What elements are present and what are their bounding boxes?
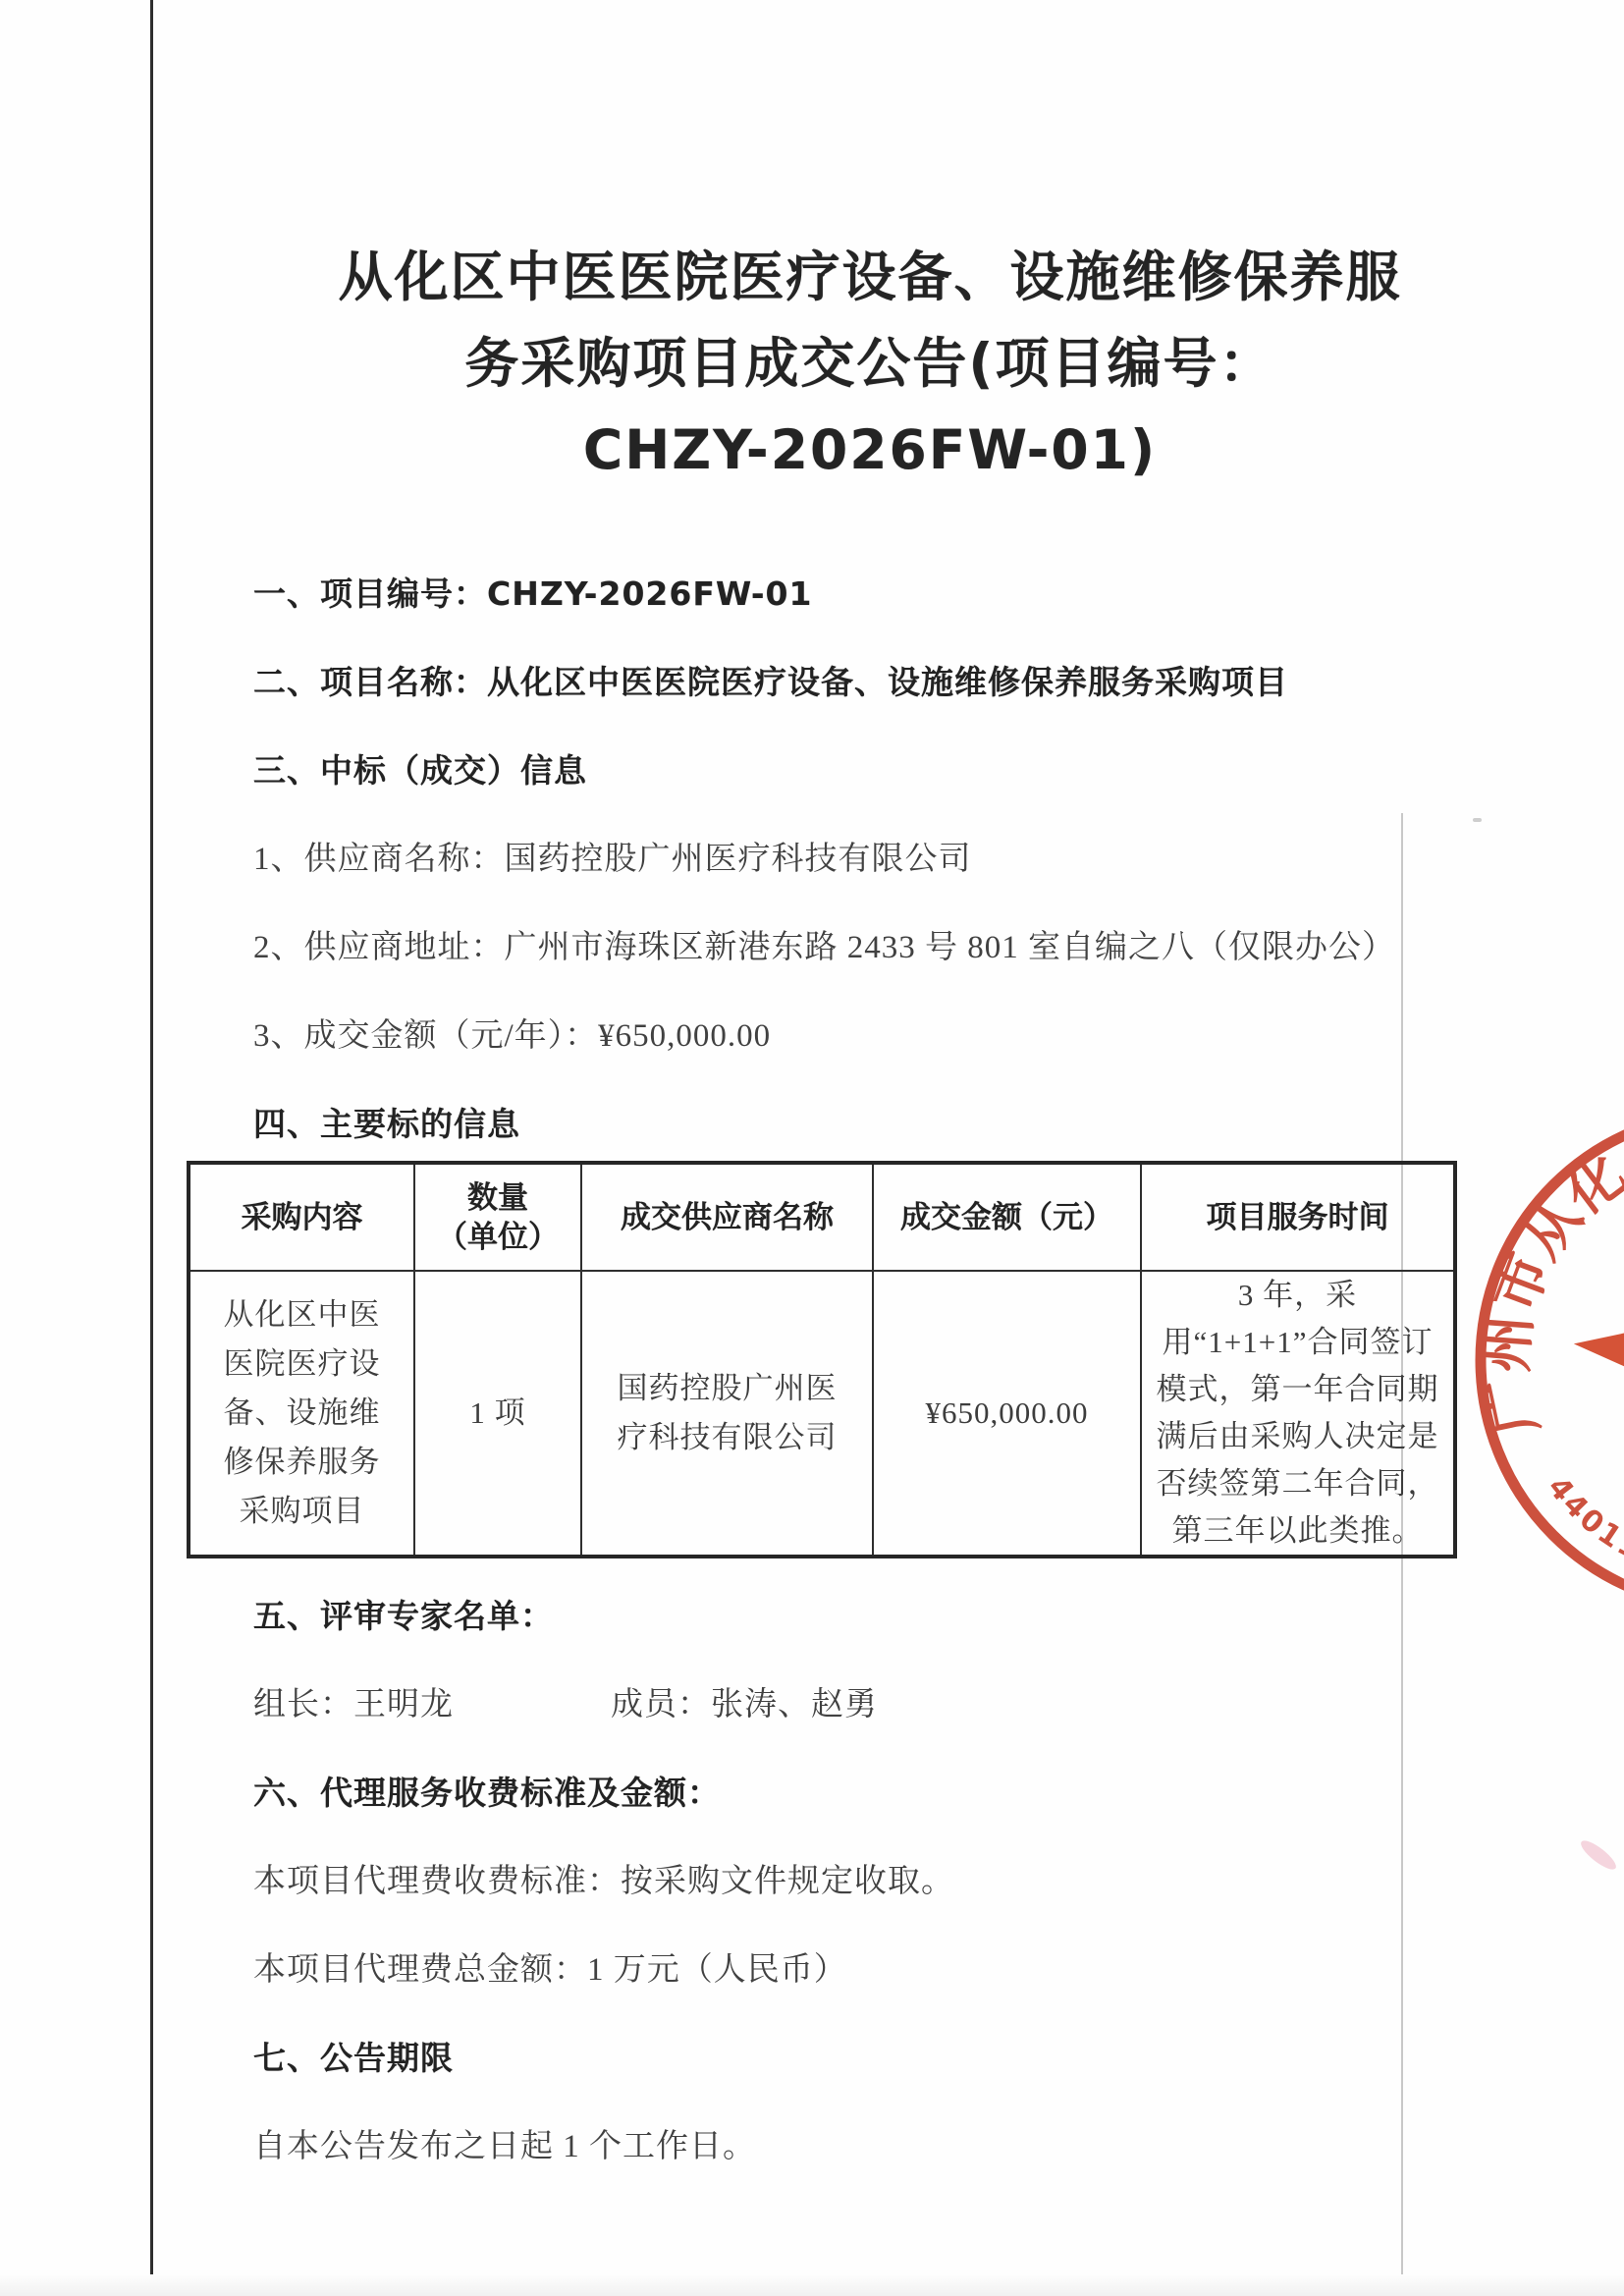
supplier-address-line: 2、供应商地址：广州市海珠区新港东路 2433 号 801 室自编之八（仅限办公… — [253, 925, 1487, 970]
table-header-row: 采购内容 数量 （单位） 成交供应商名称 成交金额（元） 项目服务时间 — [189, 1163, 1455, 1271]
experts-members-names: 张涛、赵勇 — [711, 1687, 878, 1722]
cell-amount: ¥650,000.00 — [873, 1271, 1141, 1557]
svg-text:4401170: 4401170 — [1541, 1471, 1624, 1584]
col-header-supplier: 成交供应商名称 — [581, 1163, 873, 1271]
left-fold-line — [150, 0, 153, 2276]
notice-period-line: 自本公告发布之日起 1 个工作日。 — [253, 2124, 1487, 2169]
document-content: 从化区中医医院医疗设备、设施维修保养服 务采购项目成交公告(项目编号： CHZY… — [253, 234, 1487, 2213]
title-line-1: 从化区中医医院医疗设备、设施维修保养服 — [253, 234, 1487, 320]
experts-line: 组长：王明龙成员：张涛、赵勇 — [253, 1682, 1487, 1727]
main-subject-table: 采购内容 数量 （单位） 成交供应商名称 成交金额（元） 项目服务时间 从化区中… — [187, 1161, 1457, 1558]
section-agency-fee: 六、代理服务收费标准及金额： — [253, 1771, 1487, 1816]
fee-total-line: 本项目代理费总金额：1 万元（人民币） — [253, 1947, 1487, 1993]
scanned-document-page: 从化区中医医院医疗设备、设施维修保养服 务采购项目成交公告(项目编号： CHZY… — [0, 0, 1624, 2296]
col-header-purchase-content: 采购内容 — [189, 1163, 414, 1271]
experts-leader-label: 组长： — [253, 1687, 353, 1722]
page-bottom-shadow — [0, 2274, 1624, 2296]
pink-ink-smudge — [1577, 1836, 1619, 1874]
page-title: 从化区中医医院医疗设备、设施维修保养服 务采购项目成交公告(项目编号： CHZY… — [253, 234, 1487, 493]
section-award-info: 三、中标（成交）信息 — [253, 748, 1487, 793]
title-line-3: CHZY-2026FW-01) — [253, 407, 1487, 493]
section-main-subject: 四、主要标的信息 — [253, 1102, 1487, 1147]
official-red-seal: 广州市从化 4401170 — [1434, 1066, 1624, 1655]
fee-standard-line: 本项目代理费收费标准：按采购文件规定收取。 — [253, 1859, 1487, 1904]
title-line-2: 务采购项目成交公告(项目编号： — [253, 320, 1487, 407]
col-header-service-period: 项目服务时间 — [1141, 1163, 1455, 1271]
cell-service-period: 3 年，采用“1+1+1”合同签订模式，第一年合同期满后由采购人决定是否续签第二… — [1141, 1271, 1455, 1557]
col-header-quantity: 数量 （单位） — [414, 1163, 581, 1271]
experts-members-label: 成员： — [611, 1687, 711, 1722]
seal-serial-number: 4401170 — [1541, 1471, 1624, 1584]
section-project-number: 一、项目编号：CHZY-2026FW-01 — [253, 572, 1487, 617]
col-header-amount: 成交金额（元） — [873, 1163, 1141, 1271]
section-experts: 五、评审专家名单： — [253, 1594, 1487, 1639]
award-amount-line: 3、成交金额（元/年）：¥650,000.00 — [253, 1013, 1487, 1059]
experts-leader-name: 王明龙 — [353, 1687, 454, 1722]
table-row: 从化区中医医院医疗设备、设施维修保养服务采购项目 1 项 国药控股广州医疗科技有… — [189, 1271, 1455, 1557]
cell-quantity: 1 项 — [414, 1271, 581, 1557]
cell-supplier: 国药控股广州医疗科技有限公司 — [581, 1271, 873, 1557]
section-project-name: 二、项目名称：从化区中医医院医疗设备、设施维修保养服务采购项目 — [253, 660, 1487, 705]
cell-purchase-content: 从化区中医医院医疗设备、设施维修保养服务采购项目 — [189, 1271, 414, 1557]
section-notice-period: 七、公告期限 — [253, 2036, 1487, 2081]
supplier-name-line: 1、供应商名称：国药控股广州医疗科技有限公司 — [253, 837, 1487, 882]
